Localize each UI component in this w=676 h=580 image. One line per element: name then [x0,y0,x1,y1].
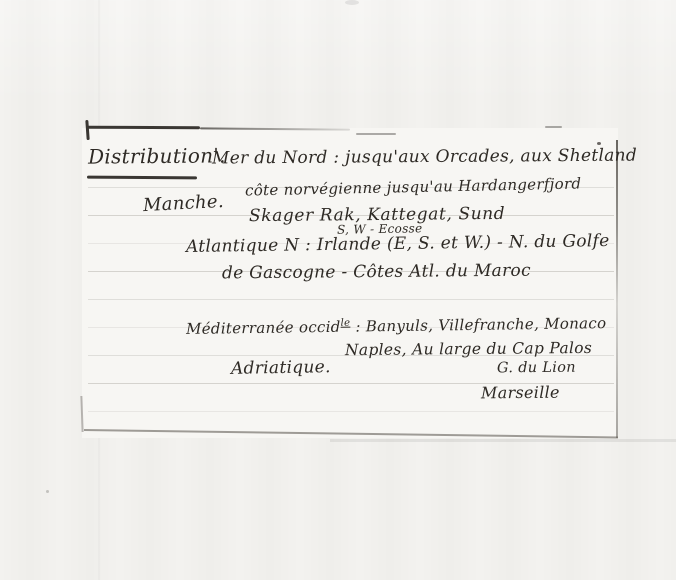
top-pen-stroke [87,126,200,130]
scanned-handwritten-card: Distribution'. Mer du Nord : jusqu'aux O… [0,0,676,580]
top-pen-stroke-tick [85,120,89,140]
mediterranee-prefix: Méditerranée occid [186,318,341,338]
card-title-text: Distribution'. [88,143,226,168]
ink-dot [597,142,601,145]
line-gascogne: de Gascogne - Côtes Atl. du Maroc [222,261,531,284]
line-marseille: Marseille [481,383,560,403]
line-golfe-du-lion: G. du Lion [497,360,576,377]
card-right-edge [616,140,618,438]
stray-dash-mark [545,126,562,128]
ruled-line [88,411,614,412]
line-naples: Naples, Au large du Cap Palos [345,339,592,359]
ruled-line [88,299,614,300]
mediterranee-suffix: : Banyuls, Villefranche, Monaco [350,314,606,336]
paper-speck [46,490,49,493]
line-mer-du-nord: Mer du Nord : jusqu'aux Orcades, aux She… [212,146,637,169]
scan-shadow-band [330,439,676,442]
label-adriatique: Adriatique. [231,357,331,379]
label-manche: Manche. [143,191,225,216]
scan-smudge [345,0,359,5]
top-pen-stroke-faint [356,133,396,135]
